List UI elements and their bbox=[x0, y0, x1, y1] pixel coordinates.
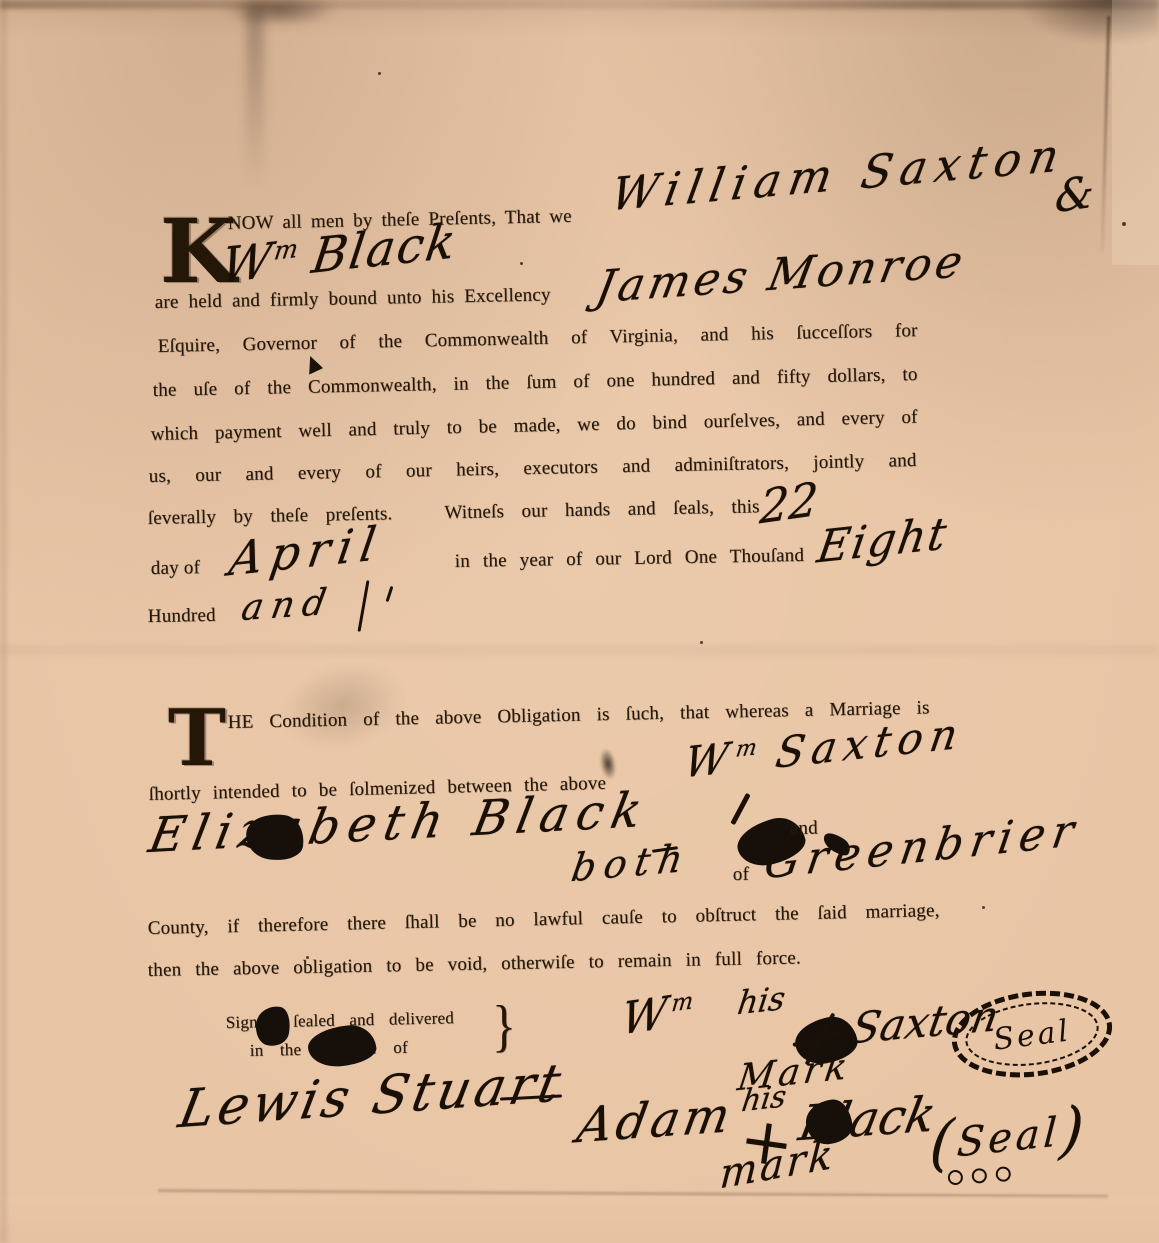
marriage-bond-document: K NOW all men by theſe Preſents, That we… bbox=[0, 0, 1159, 1243]
handwritten-governor: James Monroe bbox=[592, 236, 971, 314]
handwritten-both: both bbox=[568, 835, 694, 890]
paper-top-smudge bbox=[222, 0, 337, 26]
ink-mark-small bbox=[305, 356, 326, 378]
paper-mid-fold-band bbox=[0, 645, 1159, 655]
ink-speck bbox=[1122, 222, 1126, 226]
day-of-label: day of bbox=[151, 557, 201, 580]
paper-vertical-streak bbox=[246, 4, 264, 189]
paper-ghost-smudge bbox=[272, 650, 414, 763]
witness-line: ſeverally by theſe preſents. Witneſs our… bbox=[148, 496, 760, 530]
ink-stroke bbox=[730, 793, 750, 825]
handwritten-flourish: & bbox=[1054, 166, 1095, 223]
paper-bottom-strip bbox=[0, 1196, 1159, 1243]
handwritten-year-word: Eight bbox=[814, 508, 952, 574]
paper-bottom-edge-line bbox=[158, 1189, 1108, 1198]
sig-groom-w: W bbox=[619, 987, 673, 1046]
paper-left-edge-shadow bbox=[0, 0, 7, 1243]
ink-speck bbox=[700, 641, 703, 644]
signature-bondsman-first: Adam bbox=[573, 1087, 738, 1155]
of-label: of bbox=[733, 864, 750, 886]
principal2-initial: W bbox=[218, 232, 277, 295]
ink-stroke bbox=[358, 580, 370, 632]
groom-initial: W bbox=[681, 732, 739, 787]
ink-speck bbox=[520, 262, 523, 265]
paper-corner-fold bbox=[1018, 0, 1159, 44]
void-line: then the above obligation to be void, ot… bbox=[148, 947, 802, 981]
handwritten-day-number: 22 bbox=[758, 471, 820, 534]
signature-groom-initial: Wm bbox=[619, 983, 699, 1046]
signature-groom-surname: Saxton bbox=[848, 991, 1003, 1054]
attestation-brace: } bbox=[492, 993, 516, 1059]
groom-superscript-m: m bbox=[734, 734, 766, 762]
seal-saxton-label: Seal bbox=[991, 1013, 1072, 1057]
ink-speck bbox=[378, 72, 381, 75]
county-line: County, if therefore there ſhall be no l… bbox=[148, 900, 940, 940]
ink-speck bbox=[982, 906, 985, 909]
seal-black-close-paren: ) bbox=[1058, 1093, 1090, 1167]
handwritten-principal-1: William Saxton bbox=[607, 128, 1071, 222]
use-line: the uſe of the Commonwealth, in the ſum … bbox=[153, 364, 918, 402]
hundred-label: Hundred bbox=[148, 605, 216, 628]
sig-groom-superscript-m: m bbox=[670, 987, 698, 1017]
handwritten-and: and bbox=[238, 581, 337, 629]
esquire-line: Eſquire, Governor of the Commonwealth of… bbox=[158, 320, 918, 358]
signature-groom-his: his bbox=[735, 979, 787, 1023]
seal-black-open-paren: ( bbox=[928, 1107, 960, 1181]
dropcap-T: T bbox=[168, 708, 226, 770]
principal2-superscript-m: m bbox=[272, 233, 302, 265]
paper-right-edge-light bbox=[1112, 0, 1159, 265]
seal-black: (Seal) bbox=[928, 1093, 1091, 1180]
ink-stroke bbox=[386, 586, 394, 602]
year-line: in the year of our Lord One Thouſand bbox=[455, 545, 805, 573]
paper-crease-line bbox=[1101, 16, 1111, 251]
payment-line: which payment well and truly to be made,… bbox=[151, 407, 918, 446]
paper-top-edge-shadow bbox=[0, 0, 1159, 9]
seal-black-label: Seal bbox=[956, 1109, 1062, 1166]
